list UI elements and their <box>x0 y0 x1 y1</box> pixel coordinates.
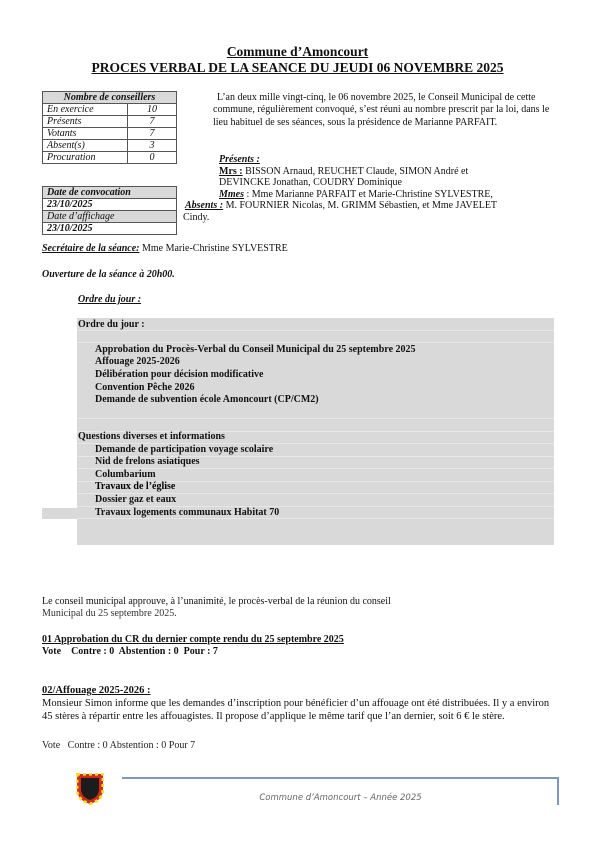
row-value: 7 <box>128 116 177 128</box>
convocation-label: Date de convocation <box>43 187 177 199</box>
councillors-table-heading: Nombre de conseillers <box>43 92 177 104</box>
agenda-item: Affouage 2025-2026 <box>95 356 180 367</box>
opening-time: Ouverture de la séance à 20h00. <box>42 269 175 280</box>
approval-text: Le conseil municipal approuve, à l’unani… <box>42 596 542 620</box>
secretary-name: Mme Marie-Christine SYLVESTRE <box>139 243 287 254</box>
agenda-box-heading: Ordre du jour : <box>78 319 145 330</box>
mrs-names-2: DEVINCKE Jonathan, COUDRY Dominique <box>219 177 402 188</box>
approval-line-2: Municipal du 25 septembre 2025. <box>42 608 542 620</box>
section-2-body: Monsieur Simon informe que les demandes … <box>42 697 557 723</box>
misc-item: Travaux logements communaux Habitat 70 <box>95 507 279 518</box>
row-label: Absent(s) <box>43 140 128 152</box>
agenda-item: Convention Pêche 2026 <box>95 382 194 393</box>
row-label: Votants <box>43 128 128 140</box>
table-row: Procuration0 <box>43 152 177 164</box>
approval-line-1: Le conseil municipal approuve, à l’unani… <box>42 596 542 608</box>
agenda-item: Approbation du Procès-Verbal du Conseil … <box>95 344 416 355</box>
misc-item: Nid de frelons asiatiques <box>95 456 200 467</box>
section-1-vote: Vote Contre : 0 Abstention : 0 Pour : 7 <box>42 646 218 657</box>
misc-heading: Questions diverses et informations <box>78 431 225 442</box>
row-value: 3 <box>128 140 177 152</box>
intro-text: L’an deux mille vingt-cinq, le 06 novemb… <box>213 92 553 129</box>
dates-table: Date de convocation 23/10/2025 Date d’af… <box>42 186 177 235</box>
secretary-label: Secrétaire de la séance: <box>42 243 139 254</box>
footer-rule <box>122 777 559 779</box>
secretary-line: Secrétaire de la séance: Mme Marie-Chris… <box>42 243 288 254</box>
intro-paragraph: L’an deux mille vingt-cinq, le 06 novemb… <box>213 92 553 129</box>
affichage-date: 23/10/2025 <box>43 223 177 235</box>
section-1-heading: 01 Approbation du CR du dernier compte r… <box>42 634 344 645</box>
attendance-block: Présents : Mrs : BISSON Arnaud, REUCHET … <box>185 154 555 223</box>
agenda-heading: Ordre du jour : <box>78 294 141 305</box>
commune-name: Commune d’Amoncourt <box>0 44 595 60</box>
section-2-heading: 02/Affouage 2025-2026 : <box>42 685 151 696</box>
table-row: Présents7 <box>43 116 177 128</box>
table-row: Absent(s)3 <box>43 140 177 152</box>
presents-label: Présents : <box>219 154 260 165</box>
row-value: 0 <box>128 152 177 164</box>
misc-item: Demande de participation voyage scolaire <box>95 444 273 455</box>
mmes-label: Mmes <box>219 189 244 200</box>
agenda-box-extension <box>42 508 78 519</box>
convocation-date: 23/10/2025 <box>43 199 177 211</box>
misc-item: Dossier gaz et eaux <box>95 494 176 505</box>
footer-text: Commune d’Amoncourt – Année 2025 <box>122 793 559 803</box>
agenda-box: Ordre du jour : Approbation du Procès-Ve… <box>77 318 554 545</box>
mrs-label: Mrs : <box>219 166 243 177</box>
agenda-item: Demande de subvention école Amoncourt (C… <box>95 394 319 405</box>
affichage-label: Date d’affichage <box>43 211 177 223</box>
coat-of-arms-icon <box>76 773 104 805</box>
absents-names-2: Cindy. <box>183 212 209 223</box>
absents-label: Absents : <box>185 200 223 211</box>
row-label: En exercice <box>43 104 128 116</box>
row-value: 10 <box>128 104 177 116</box>
misc-item: Travaux de l’église <box>95 481 175 492</box>
row-label: Présents <box>43 116 128 128</box>
row-label: Procuration <box>43 152 128 164</box>
page-title: PROCES VERBAL DE LA SEANCE DU JEUDI 06 N… <box>0 60 595 76</box>
mmes-names: : Mme Marianne PARFAIT et Marie-Christin… <box>244 189 493 200</box>
agenda-item: Délibération pour décision modificative <box>95 369 263 380</box>
mrs-names: BISSON Arnaud, REUCHET Claude, SIMON And… <box>243 166 469 177</box>
misc-item: Columbarium <box>95 469 156 480</box>
councillors-table: Nombre de conseillers En exercice10 Prés… <box>42 91 177 164</box>
row-value: 7 <box>128 128 177 140</box>
table-row: En exercice10 <box>43 104 177 116</box>
section-2-vote: Vote Contre : 0 Abstention : 0 Pour 7 <box>42 740 195 751</box>
absents-names: M. FOURNIER Nicolas, M. GRIMM Sébastien,… <box>223 200 497 211</box>
table-row: Votants7 <box>43 128 177 140</box>
